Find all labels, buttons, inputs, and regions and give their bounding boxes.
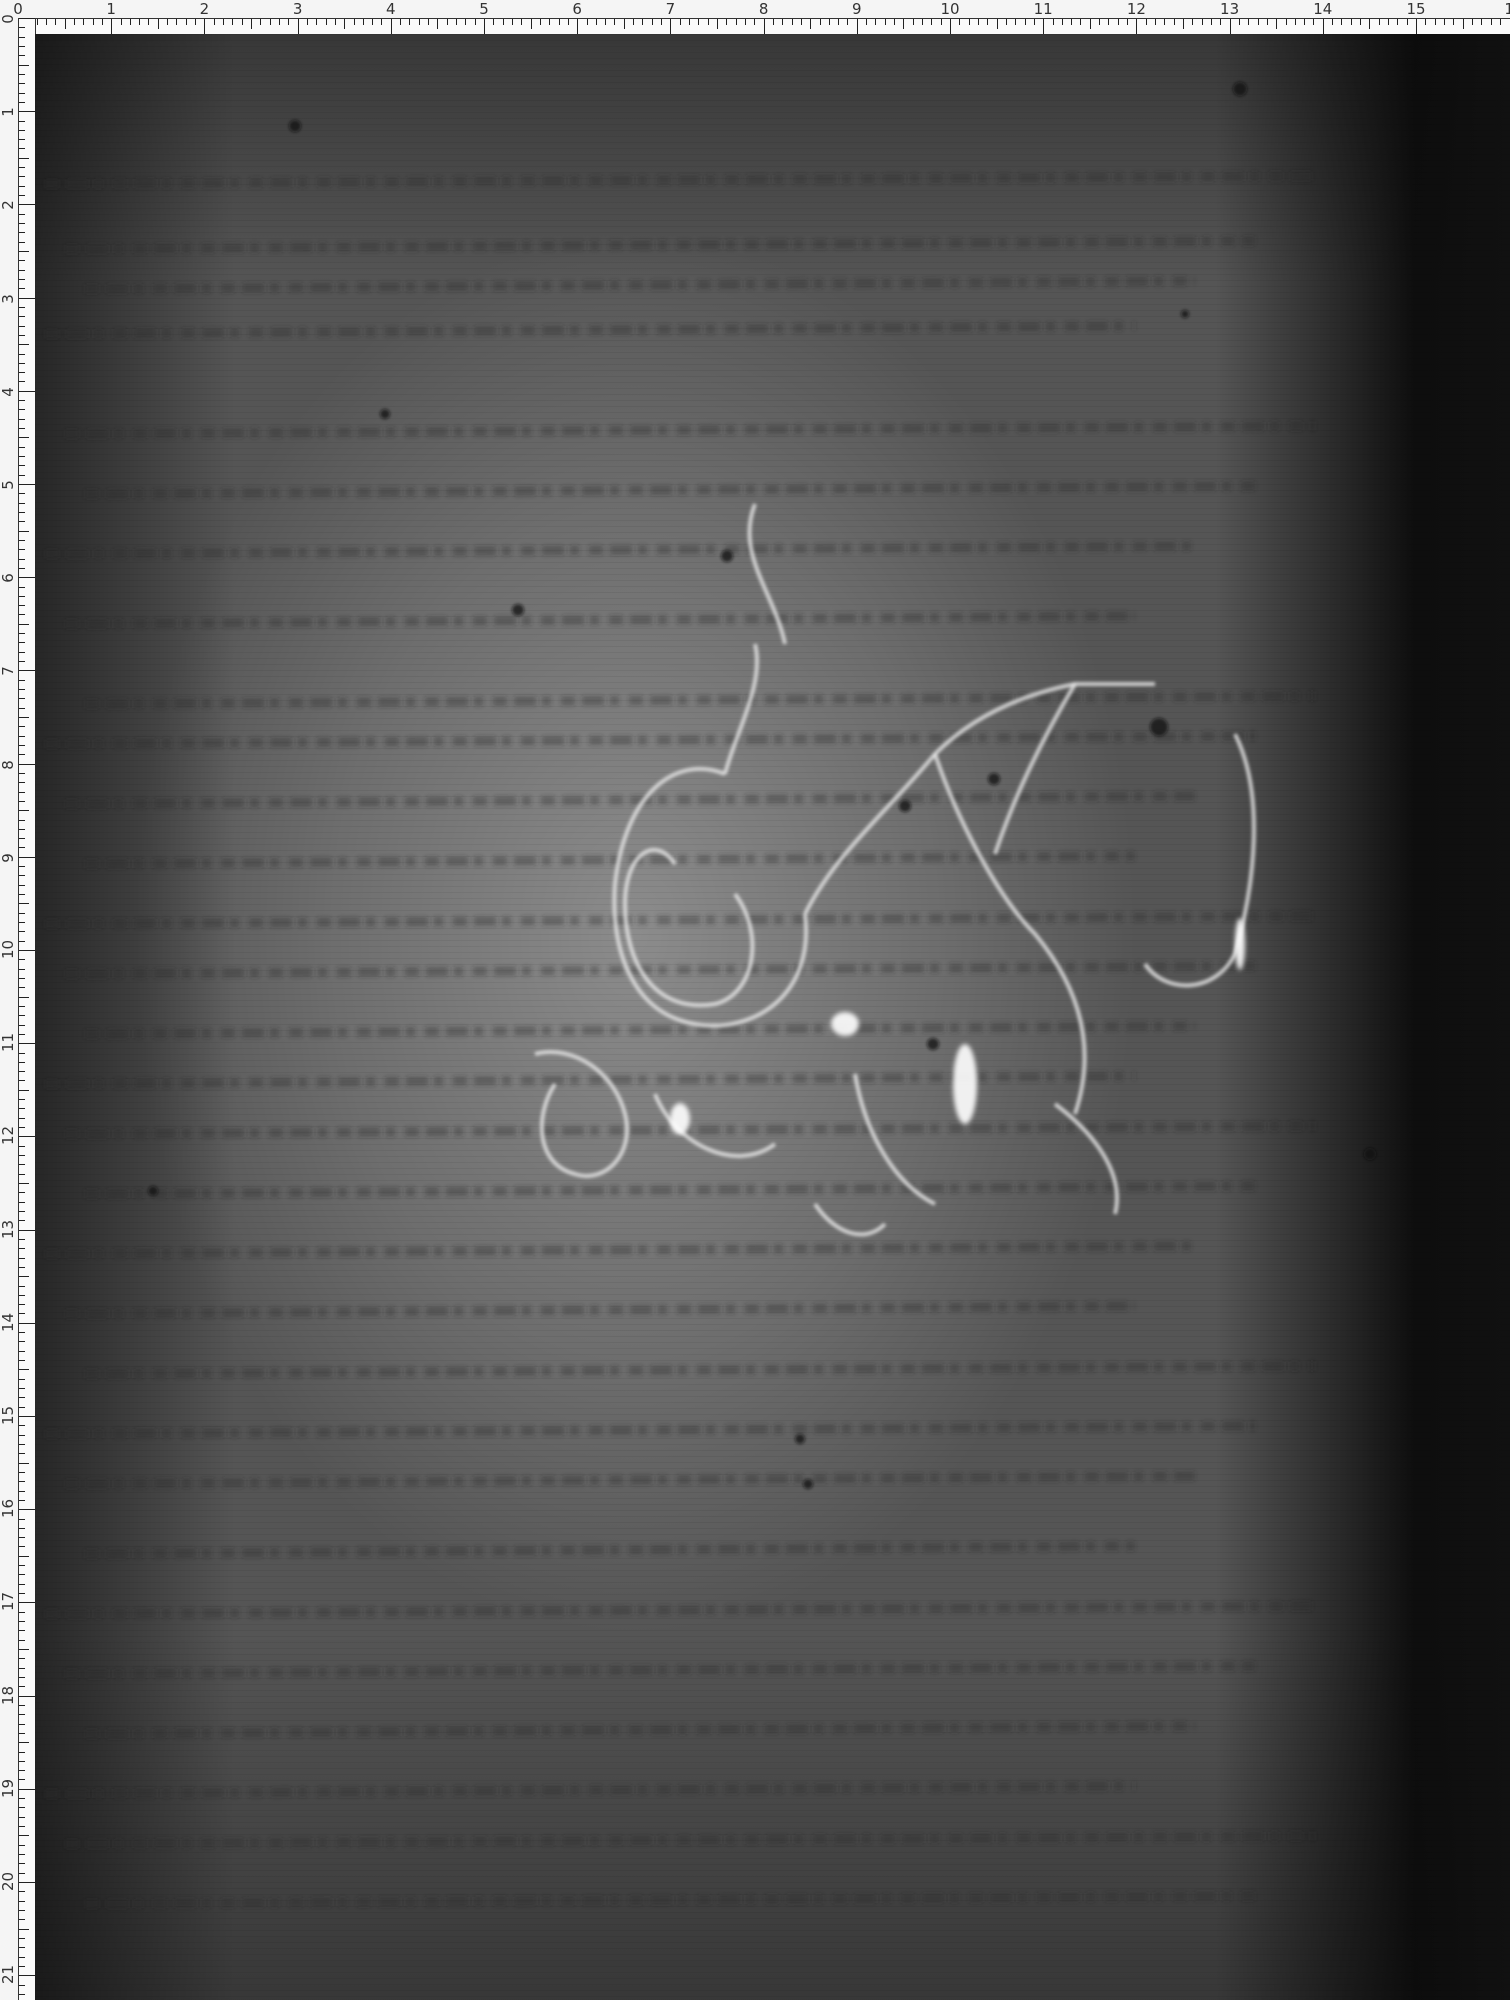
ruler-top-label: 12 — [1127, 0, 1146, 18]
ruler-left-label: 0 — [0, 11, 17, 27]
ruler-top-label: 9 — [852, 0, 862, 18]
ruler-left-label: 17 — [0, 1595, 17, 1611]
ruler-top-label: 5 — [479, 0, 489, 18]
ruler-left — [18, 18, 36, 2000]
ruler-left-label: 2 — [0, 197, 17, 213]
ruler-left-label: 7 — [0, 663, 17, 679]
manuscript-content — [35, 34, 1510, 2000]
ruler-left-label: 16 — [0, 1502, 17, 1518]
ruler-left-label: 4 — [0, 384, 17, 400]
ruler-top-label: 10 — [940, 0, 959, 18]
manuscript-scan — [35, 34, 1510, 2000]
ruler-top-label: 15 — [1406, 0, 1425, 18]
ruler-left-label: 1 — [0, 104, 17, 120]
ruler-left-label: 9 — [0, 850, 17, 866]
ruler-left-label: 3 — [0, 291, 17, 307]
ruler-top-label: 14 — [1313, 0, 1332, 18]
ruler-left-label: 20 — [0, 1875, 17, 1891]
ruler-top-label: 1 — [1504, 0, 1510, 18]
ruler-left-label: 19 — [0, 1782, 17, 1798]
ruler-top-label: 7 — [666, 0, 676, 18]
ruler-top-label: 1 — [106, 0, 116, 18]
ruler-left-label: 11 — [0, 1036, 17, 1052]
ruler-left-label: 13 — [0, 1223, 17, 1239]
ruler-left-label: 12 — [0, 1129, 17, 1145]
ruler-left-label: 15 — [0, 1409, 17, 1425]
ruler-left-label: 21 — [0, 1968, 17, 1984]
ruler-top-label: 11 — [1034, 0, 1053, 18]
ruler-left-label: 5 — [0, 477, 17, 493]
ruler-left-label: 8 — [0, 757, 17, 773]
ruler-top-label: 6 — [572, 0, 582, 18]
ruler-left-label: 6 — [0, 570, 17, 586]
ruler-left-label: 14 — [0, 1316, 17, 1332]
ruler-left-label: 10 — [0, 943, 17, 959]
ruler-top-label: 8 — [759, 0, 769, 18]
ruler-top-label: 4 — [386, 0, 396, 18]
ruler-top-label: 13 — [1220, 0, 1239, 18]
ruler-top-label: 2 — [200, 0, 210, 18]
ruler-top-label: 3 — [293, 0, 303, 18]
ruler-left-label: 18 — [0, 1689, 17, 1705]
